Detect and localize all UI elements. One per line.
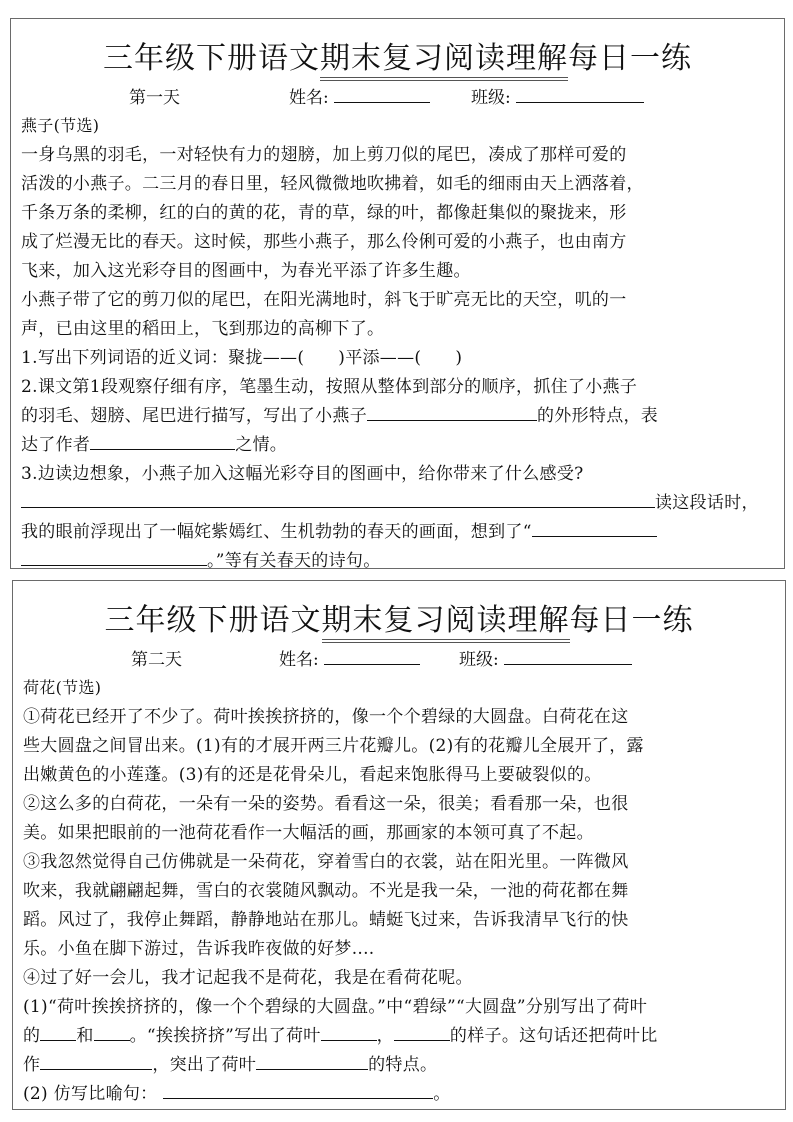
worksheet-day-2: 三年级下册语文期末复习阅读理解每日一练 第二天 姓名: 班级: 荷花(节选) ①… [12,580,786,1110]
q1-answer-blank-2[interactable] [94,1024,130,1041]
q2-answer-blank-2[interactable] [90,433,235,450]
question-1-line-3: 作，突出了荷叶的特点。 [23,1050,437,1075]
class-field[interactable]: 班级: [471,83,644,108]
name-blank[interactable] [334,86,430,103]
q1-answer-blank-4[interactable] [394,1024,450,1041]
q1-text: 的特点。 [368,1055,437,1075]
passage-line: ④过了好一会儿，我才记起我不是荷花，我是在看荷花呢。 [23,963,473,988]
question-2-line-3: 达了作者之情。 [21,430,287,455]
question-3-line-2: 读这段话时， [21,488,759,513]
q2-text: 。 [433,1084,450,1104]
q2-text: 达了作者 [21,435,90,455]
q1-answer-blank-5[interactable] [40,1053,152,1070]
class-blank[interactable] [516,86,644,103]
question-1-line-1: (1)“荷叶挨挨挤挤的，像一个个碧绿的大圆盘。”中“碧绿”“大圆盘”分别写出了荷… [23,992,647,1017]
passage-line: ②这么多的白荷花，一朵有一朵的姿势。看看这一朵，很美；看看那一朵，也很 [23,789,629,814]
name-label: 姓名: [289,88,329,108]
q1-text: 的 [23,1026,40,1046]
q1-text-a: 1.写出下列词语的近义词：聚拢——( [21,348,304,368]
name-label: 姓名: [279,650,319,670]
q2-text: 之情。 [235,435,287,455]
q3-answer-blank-2[interactable] [532,520,657,537]
q1-answer-blank-3[interactable] [321,1024,377,1041]
worksheet-title: 三年级下册语文期末复习阅读理解每日一练 [11,33,784,77]
passage-line: 活泼的小燕子。二三月的春日里，轻风微微地吹拂着，如毛的细雨由天上洒落着， [21,169,644,194]
class-blank[interactable] [504,648,632,665]
passage-line: 出嫩黄色的小莲蓬。(3)有的还是花骨朵儿，看起来饱胀得马上要破裂似的。 [23,760,602,785]
q1-text: 和 [76,1026,93,1046]
title-suffix: 每日一练 [568,41,692,76]
passage-line: 些大圆盘之间冒出来。(1)有的才展开两三片花瓣儿。(2)有的花瓣儿全展开了，露 [23,731,644,756]
passage-line: 千条万条的柔柳，红的白的黄的花，青的草，绿的叶，都像赶集似的聚拢来，形 [21,198,627,223]
title-prefix: 三年级下册语文 [103,41,320,76]
name-blank[interactable] [324,648,420,665]
passage-line: 美。如果把眼前的一池荷花看作一大幅活的画，那画家的本领可真了不起。 [23,818,594,843]
passage-line: 成了烂漫无比的春天。这时候，那些小燕子，那么伶俐可爱的小燕子，也由南方 [21,227,627,252]
q1-text: ，突出了荷叶 [152,1055,256,1075]
name-field[interactable]: 姓名: [279,645,420,670]
passage-line: 一身乌黑的羽毛，一对轻快有力的翅膀，加上剪刀似的尾巴，凑成了那样可爱的 [21,140,627,165]
question-2: (2) 仿写比喻句： 。 [23,1079,451,1104]
title-suffix: 每日一练 [570,603,694,638]
q1-text: 。“挨挨挤挤”写出了荷叶 [130,1026,321,1046]
q3-text: 。”等有关春天的诗句。 [207,551,381,571]
q2-label: (2) 仿写比喻句： [23,1084,157,1104]
worksheet-day-1: 三年级下册语文期末复习阅读理解每日一练 第一天 姓名: 班级: 燕子(节选) 一… [10,18,785,569]
question-3-line-4: 。”等有关春天的诗句。 [21,546,381,571]
title-prefix: 三年级下册语文 [105,603,322,638]
q1-answer-blank-6[interactable] [256,1053,368,1070]
passage-line: ③我忽然觉得自己仿佛就是一朵荷花，穿着雪白的衣裳，站在阳光里。一阵微风 [23,847,629,872]
day-label: 第二天 [131,645,182,670]
question-3-line-3: 我的眼前浮现出了一幅姹紫嫣红、生机勃勃的春天的画面，想到了“ [21,517,657,542]
question-1-line-2: 的和。“挨挨挤挤”写出了荷叶，的样子。这句话还把荷叶比 [23,1021,658,1046]
q2-answer-blank-1[interactable] [367,404,537,421]
q2-answer-blank[interactable] [163,1082,433,1099]
q1-text: ， [377,1026,394,1046]
class-label: 班级: [459,650,499,670]
q3-answer-blank-3[interactable] [21,549,207,566]
passage-title: 燕子(节选) [21,113,99,136]
q2-text: 的外形特点，表 [537,406,658,426]
question-2-line-2: 的羽毛、翅膀、尾巴进行描写，写出了小燕子的外形特点，表 [21,401,658,426]
passage-line: 飞来，加入这光彩夺目的图画中，为春光平添了许多生趣。 [21,256,471,281]
title-underlined: 期末复习阅读理解 [320,41,568,81]
class-label: 班级: [471,88,511,108]
passage-line: 吹来，我就翩翩起舞，雪白的衣裳随风飘动。不光是我一朵，一池的荷花都在舞 [23,876,629,901]
worksheet-title: 三年级下册语文期末复习阅读理解每日一练 [13,595,785,639]
day-label: 第一天 [129,83,180,108]
q1-answer-blank-1[interactable] [40,1024,76,1041]
passage-line: 乐。小鱼在脚下游过，告诉我昨夜做的好梦.... [23,934,375,959]
q3-text: 我的眼前浮现出了一幅姹紫嫣红、生机勃勃的春天的画面，想到了“ [21,522,532,542]
q1-text-b: )平添——( [338,348,421,368]
q1-text-c: ) [455,348,462,368]
q2-text: 的羽毛、翅膀、尾巴进行描写，写出了小燕子 [21,406,367,426]
question-1: 1.写出下列词语的近义词：聚拢——()平添——() [21,343,462,368]
question-2-line-1: 2.课文第1段观察仔细有序，笔墨生动，按照从整体到部分的顺序，抓住了小燕子 [21,372,637,397]
name-field[interactable]: 姓名: [289,83,430,108]
question-3-line-1: 3.边读边想象，小燕子加入这幅光彩夺目的图画中，给你带来了什么感受? [21,459,584,484]
passage-line: 声，已由这里的稻田上，飞到那边的高柳下了。 [21,314,384,339]
passage-line: 蹈。风过了，我停止舞蹈，静静地站在那儿。蜻蜓飞过来，告诉我清早飞行的快 [23,905,629,930]
q3-answer-blank-1[interactable] [21,491,655,508]
passage-line: 小燕子带了它的剪刀似的尾巴，在阳光满地时，斜飞于旷亮无比的天空，叽的一 [21,285,627,310]
q1-text: 的样子。这句话还把荷叶比 [450,1026,658,1046]
q3-text: 读这段话时， [655,493,759,513]
title-underlined: 期末复习阅读理解 [322,603,570,643]
class-field[interactable]: 班级: [459,645,632,670]
passage-line: ①荷花已经开了不少了。荷叶挨挨挤挤的，像一个个碧绿的大圆盘。白荷花在这 [23,702,629,727]
q1-text: 作 [23,1055,40,1075]
passage-title: 荷花(节选) [23,675,101,698]
